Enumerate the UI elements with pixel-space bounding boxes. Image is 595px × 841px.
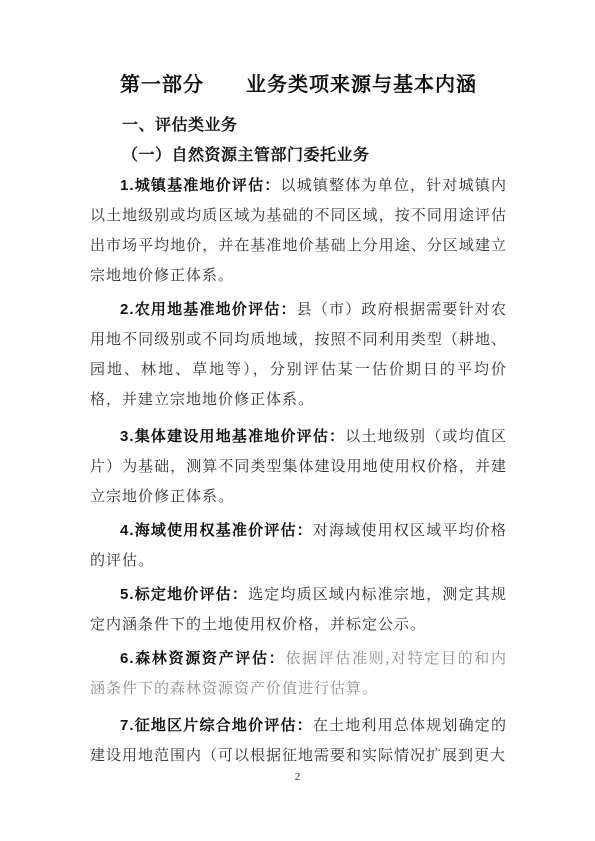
item-7-label: 7.征地区片综合地价评估： [120,717,313,734]
item-3-label: 3.集体建设用地基准地价评估： [120,428,345,445]
list-item-7: 7.征地区片综合地价评估：在土地利用总体规划确定的建设用地范围内（可以根据征地需… [90,711,507,771]
item-4-label: 4.海域使用权基准价评估： [120,522,313,539]
list-item-1: 1.城镇基准地价评估：以城镇整体为单位，针对城镇内以土地级别或均质区域为基础的不… [90,171,507,291]
list-item-6: 6.森林资源资产评估：依据评估准则,对特定目的和内涵条件下的森林资源资产价值进行… [90,644,507,704]
item-1-label: 1.城镇基准地价评估： [120,177,280,194]
item-5-label: 5.标定地价评估： [120,586,248,603]
list-item-3: 3.集体建设用地基准地价评估：以土地级别（或均值区片）为基础，测算不同类型集体建… [90,422,507,512]
list-item-5: 5.标定地价评估：选定均质区域内标准宗地，测定其规定内涵条件下的土地使用权价格，… [90,580,507,640]
document-title: 第一部分 业务类项来源与基本内涵 [90,72,507,98]
list-item-2: 2.农用地基准地价评估：县（市）政府根据需要针对农用地不同级别或不同均质地域，按… [90,295,507,415]
list-item-4: 4.海域使用权基准价评估：对海域使用权区域平均价格的评估。 [90,516,507,576]
item-6-label: 6.森林资源资产评估： [120,650,285,667]
page-number: 2 [0,771,595,783]
item-2-label: 2.农用地基准地价评估： [120,301,297,318]
subsection-heading: （一）自然资源主管部门委托业务 [90,141,507,171]
section-heading: 一、评估类业务 [90,111,507,141]
document-page: 第一部分 业务类项来源与基本内涵 一、评估类业务 （一）自然资源主管部门委托业务… [0,0,595,841]
document-content: 第一部分 业务类项来源与基本内涵 一、评估类业务 （一）自然资源主管部门委托业务… [0,0,595,771]
